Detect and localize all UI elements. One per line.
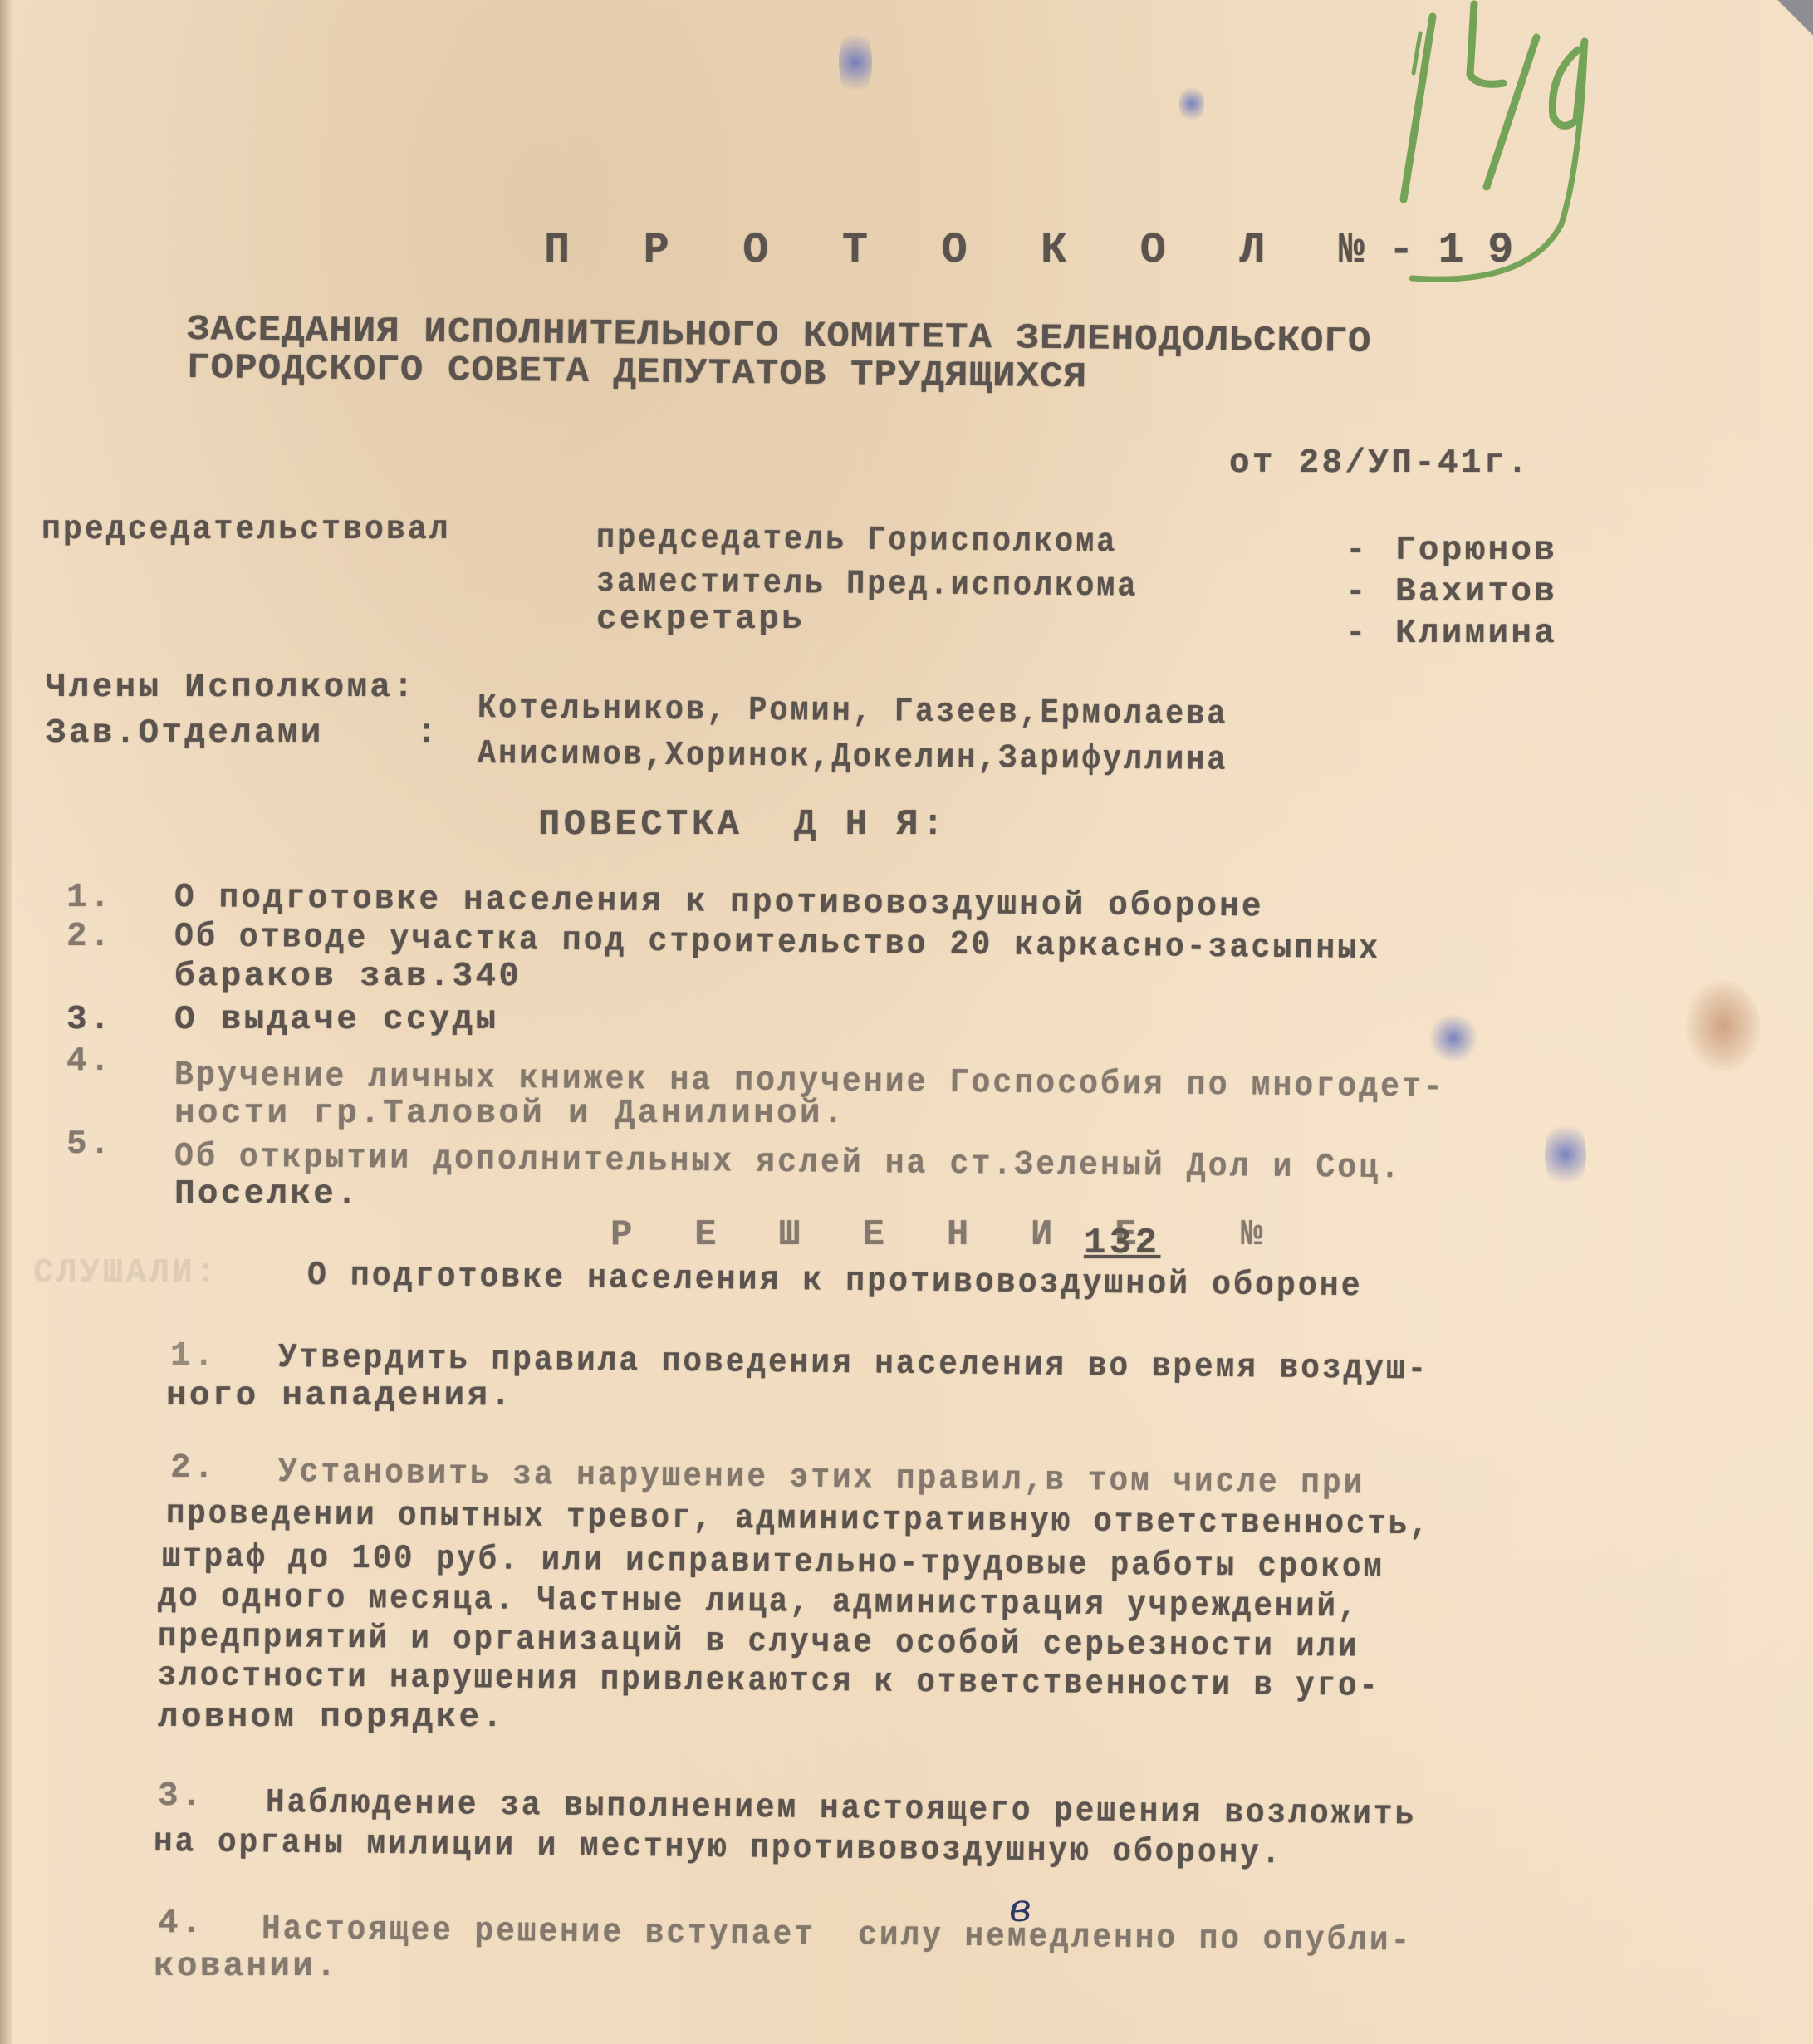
rust-stain [1686,980,1761,1071]
decision-subject: О подготовке населения к противовоздушно… [307,1257,1363,1306]
document-subtitle-line2: ГОРОДСКОГО СОВЕТА ДЕПУТАТОВ ТРУДЯЩИХСЯ [187,347,1088,397]
presiding-dash: - [1345,615,1369,653]
presiding-name: Горюнов [1395,532,1557,570]
agenda-item-number: 3. [66,1001,113,1039]
dept-heads-names: Анисимов,Хоринок,Докелин,Зарифуллина [478,735,1228,780]
agenda-item-number: 5. [66,1125,113,1164]
decision-point-text: проведении опытных тревог, административ… [166,1495,1431,1544]
agenda-item-number: 4. [66,1042,113,1081]
agenda-item-number: 1. [66,879,113,917]
decision-point-number: 2. [170,1449,217,1488]
agenda-item-text: Поселке. [174,1175,360,1213]
decision-subject-label: СЛУШАЛИ: [33,1254,218,1292]
decision-point-number: 4. [158,1904,204,1943]
decision-heading: Р Е Ш Е Н И Е № [610,1214,1283,1256]
decision-point-text: ковании. [154,1948,339,1986]
agenda-heading: ПОВЕСТКА Д Н Я: [538,804,948,846]
presiding-name: Вахитов [1395,573,1557,611]
members-names: Котельников, Ромин, Газеев,Ермолаева [478,689,1228,734]
decision-point-text: Настоящее решение вступает силу немедлен… [262,1910,1413,1961]
agenda-item-text: О выдаче ссуды [174,1001,498,1039]
presiding-role: председатель Горисполкома [596,519,1118,561]
presiding-role: заместитель Пред.исполкома [596,563,1139,606]
decision-point-text: Установить за нарушение этих правил,в то… [278,1453,1365,1503]
presiding-label: председательствовал [42,511,451,549]
agenda-item-text: бараков зав.340 [174,958,522,996]
ink-blot [1428,1013,1478,1063]
ink-blot [1179,83,1204,125]
ink-blot [839,25,872,100]
document-date: от 28/УП-41г. [1229,444,1531,483]
ink-blot [1545,1117,1586,1192]
page-left-edge [0,0,12,2044]
decision-number: 132 [1084,1223,1160,1264]
presiding-name: Климина [1395,615,1557,653]
decision-point-text: ловном порядке. [158,1698,505,1737]
presiding-role: секретарь [596,600,805,639]
decision-point-number: 1. [170,1337,217,1375]
members-label: Члены Исполкома: [46,669,416,707]
decision-point-number: 3. [158,1777,204,1816]
handwritten-insert: в [1009,1885,1031,1930]
dept-heads-label: Зав.Отделами : [46,714,439,752]
page-corner-fold [1763,0,1813,50]
agenda-item-number: 2. [66,918,113,956]
decision-point-text: ного нападения. [166,1377,513,1415]
presiding-dash: - [1345,532,1369,570]
presiding-dash: - [1345,573,1369,611]
agenda-item-text: ности гр.Таловой и Данилиной. [174,1095,846,1133]
document-title: П Р О Т О К О Л №-19 [544,226,1537,275]
